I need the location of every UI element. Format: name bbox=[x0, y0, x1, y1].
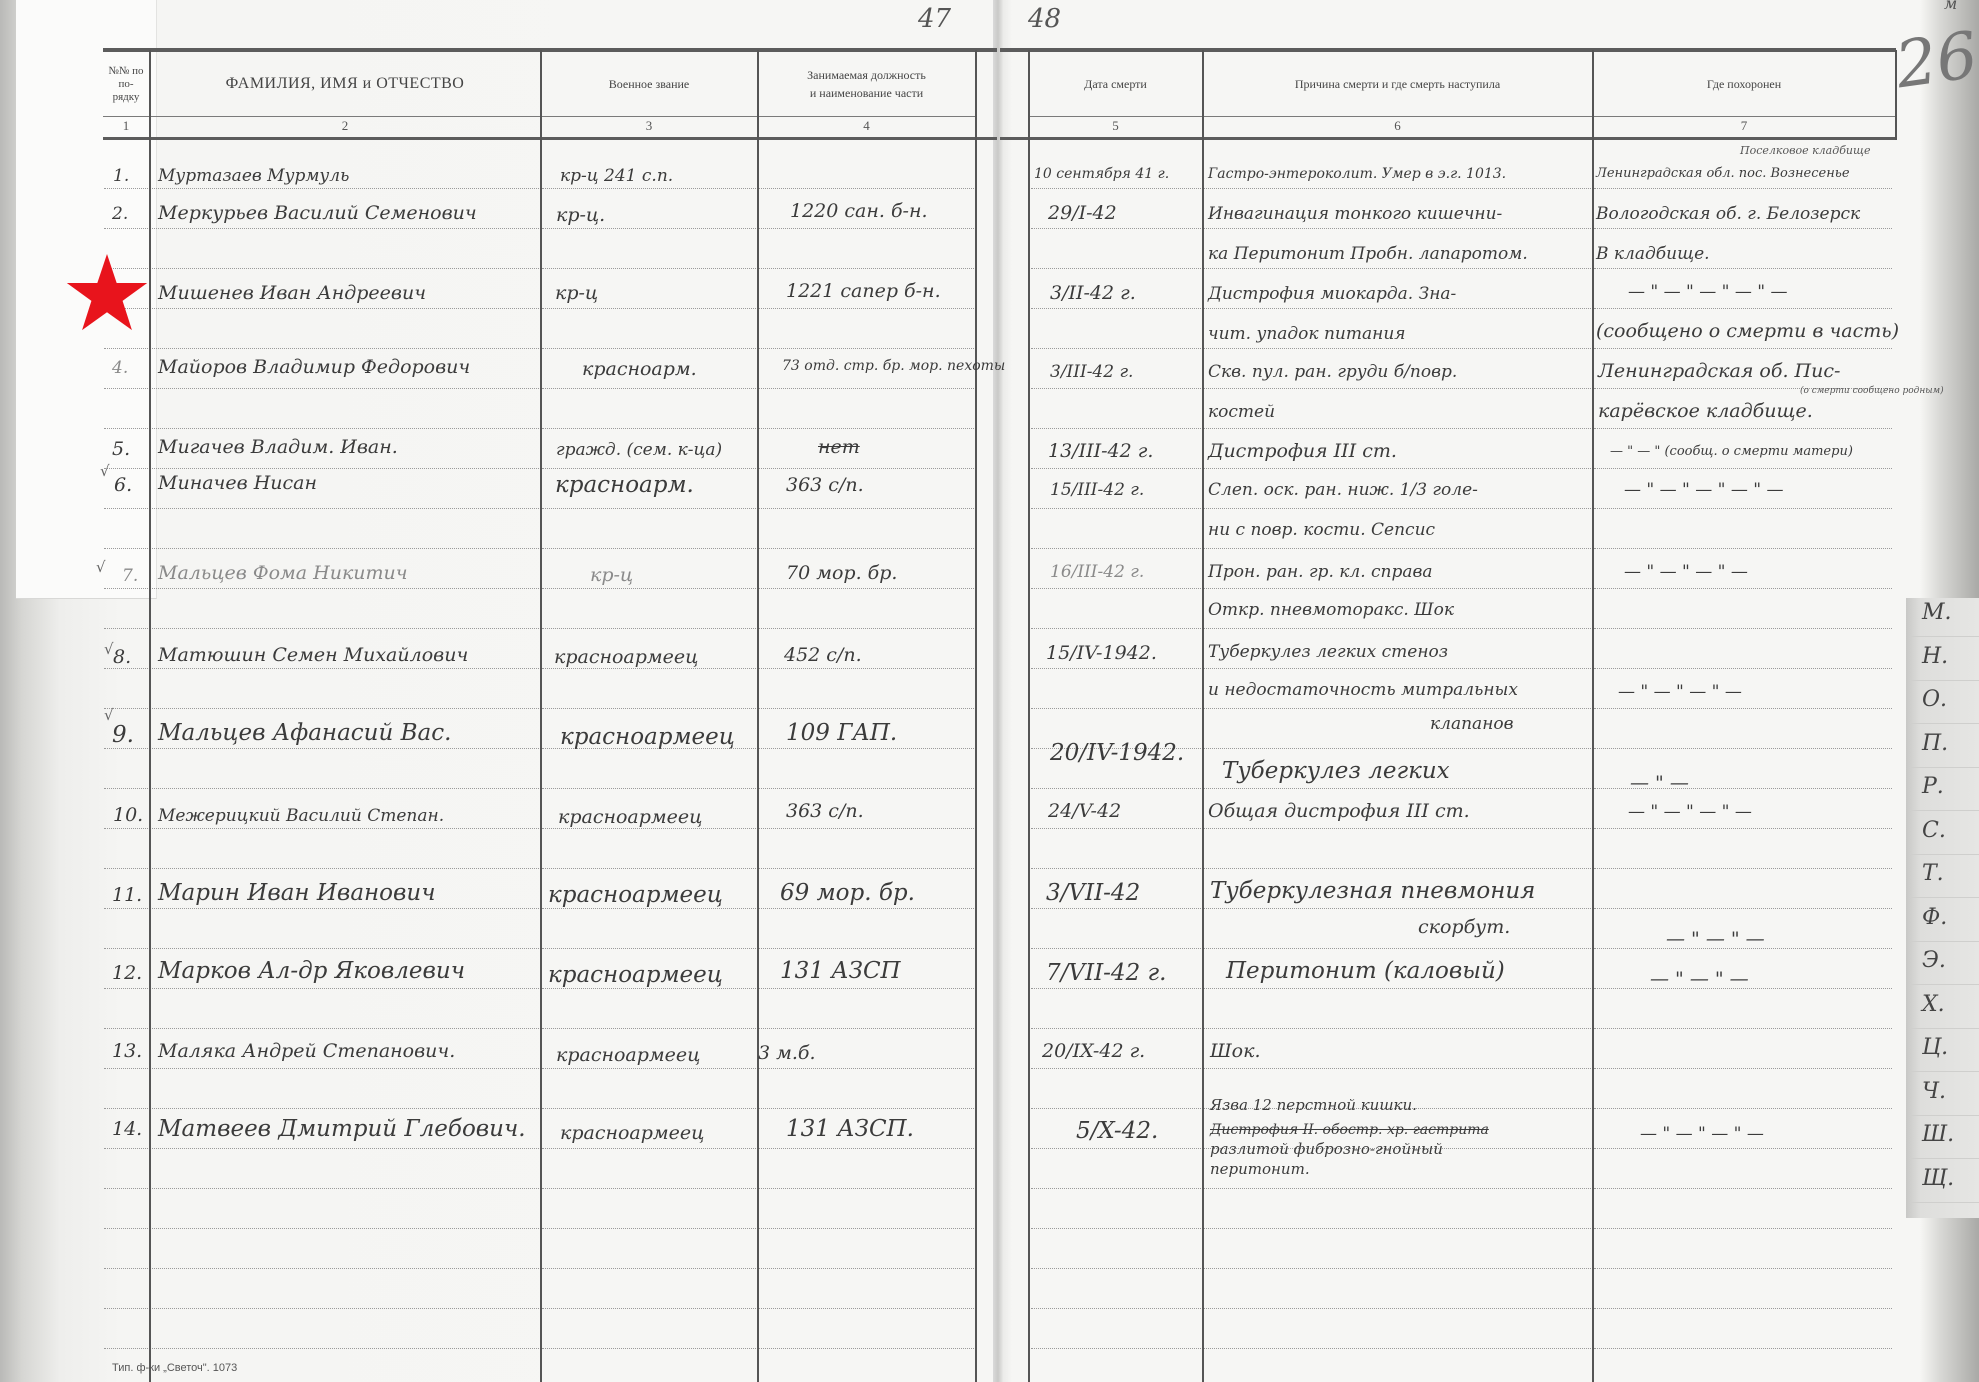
row-7-cause-1: Прон. ран. гр. кл. справа bbox=[1208, 562, 1433, 582]
ruled-line bbox=[152, 1188, 539, 1189]
ruled-line bbox=[1031, 588, 1201, 589]
ruled-line bbox=[542, 1228, 756, 1229]
ruled-line bbox=[1594, 908, 1892, 909]
row-6-rank: красноарм. bbox=[555, 472, 694, 498]
row-11-date: 3/VII-42 bbox=[1046, 880, 1140, 906]
ruled-line bbox=[1031, 628, 1201, 629]
ruled-line bbox=[152, 1308, 539, 1309]
ruled-line bbox=[104, 1228, 148, 1229]
row-9-name: Мальцев Афанасий Вас. bbox=[158, 720, 451, 746]
ruled-line bbox=[542, 188, 756, 189]
ruled-line bbox=[104, 828, 148, 829]
row-8-number: 8. bbox=[113, 646, 131, 668]
ruled-line bbox=[104, 388, 148, 389]
ruled-line bbox=[152, 588, 539, 589]
row-12-rank: красноармеец bbox=[548, 962, 723, 988]
ruled-line bbox=[104, 1148, 148, 1149]
ruled-line bbox=[542, 1348, 756, 1349]
row-12-unit: 131 АЗСП bbox=[780, 958, 901, 984]
ruled-line bbox=[1594, 828, 1892, 829]
index-tab-letter[interactable]: Ч. bbox=[1922, 1079, 1946, 1104]
col-divider-7 bbox=[1592, 50, 1594, 1382]
row-11-burial: — " — " — bbox=[1666, 928, 1765, 950]
colnum-4: 4 bbox=[759, 118, 974, 138]
ruled-line bbox=[152, 1228, 539, 1229]
header-col-number: №№ по по- рядку bbox=[104, 52, 148, 116]
row-3-cause-2: чит. упадок питания bbox=[1208, 324, 1406, 344]
row-7-name: Мальцев Фома Никитич bbox=[158, 562, 408, 584]
corner-mark: м bbox=[1944, 0, 1957, 13]
header-col-cause: Причина смерти и где смерть наступила bbox=[1204, 52, 1591, 116]
ruled-line bbox=[152, 668, 539, 669]
row-14-burial: — " — " — " — bbox=[1640, 1124, 1764, 1144]
row-12-cause: Перитонит (каловый) bbox=[1226, 958, 1505, 984]
row-3-date: 3/II-42 г. bbox=[1050, 282, 1136, 304]
ruled-line bbox=[152, 388, 539, 389]
ruled-line bbox=[1204, 668, 1591, 669]
row-9-number: 9. bbox=[112, 722, 134, 748]
ruled-line bbox=[1594, 268, 1892, 269]
row-5-name: Мигачев Владим. Иван. bbox=[158, 436, 398, 458]
row-10-unit: 363 с/п. bbox=[786, 800, 864, 822]
ruled-line bbox=[152, 988, 539, 989]
ruled-line bbox=[1204, 348, 1591, 349]
ruled-line bbox=[1031, 428, 1201, 429]
ruled-line bbox=[542, 388, 756, 389]
colnum-7: 7 bbox=[1594, 118, 1894, 138]
sheet-number: 26 bbox=[1891, 19, 1979, 104]
row-11-number: 11. bbox=[112, 884, 142, 906]
row-7-date: 16/III-42 г. bbox=[1050, 562, 1144, 582]
row-6-checkmark: √ bbox=[100, 462, 110, 480]
ruled-line bbox=[152, 1268, 539, 1269]
ruled-line bbox=[759, 428, 974, 429]
ruled-line bbox=[759, 628, 974, 629]
ruled-line bbox=[152, 468, 539, 469]
col-divider-4 bbox=[975, 50, 977, 1382]
row-14-cause-4: перитонит. bbox=[1210, 1160, 1310, 1178]
folio-left: 47 bbox=[918, 4, 951, 34]
ruled-line bbox=[1594, 628, 1892, 629]
row-2-date: 29/I-42 bbox=[1048, 202, 1117, 224]
row-5-number: 5. bbox=[112, 438, 130, 460]
ruled-line bbox=[542, 828, 756, 829]
index-tab-separator bbox=[1910, 941, 1979, 942]
red-star-icon bbox=[66, 254, 148, 332]
row-4-number: 4. bbox=[112, 358, 128, 378]
row-4-cause-1: Скв. пул. ран. груди б/повр. bbox=[1208, 362, 1457, 382]
ruled-line bbox=[542, 548, 756, 549]
ruled-line bbox=[759, 1308, 974, 1309]
ruled-line bbox=[542, 1308, 756, 1309]
row-12-number: 12. bbox=[112, 962, 142, 984]
index-tab-letter[interactable]: С. bbox=[1922, 818, 1946, 843]
ruled-line bbox=[1594, 1028, 1892, 1029]
ruled-line bbox=[152, 1068, 539, 1069]
ruled-line bbox=[152, 788, 539, 789]
row-4-unit: 73 отд. стр. бр. мор. пехоты bbox=[782, 358, 1005, 374]
ruled-line bbox=[542, 908, 756, 909]
book-gutter bbox=[993, 0, 1003, 1382]
colnum-1: 1 bbox=[104, 118, 148, 138]
ruled-line bbox=[1031, 1108, 1201, 1109]
row-3-rank: кр-ц bbox=[555, 282, 598, 304]
ruled-line bbox=[104, 228, 148, 229]
row-6-burial: — " — " — " — " — bbox=[1624, 480, 1784, 500]
row-13-rank: красноармеец bbox=[556, 1044, 700, 1066]
ruled-line bbox=[104, 1308, 148, 1309]
ruled-line bbox=[1204, 388, 1591, 389]
ruled-line bbox=[542, 1188, 756, 1189]
row-14-name: Матвеев Дмитрий Глебович. bbox=[158, 1116, 526, 1142]
col-divider-1 bbox=[149, 50, 151, 1382]
row-13-number: 13. bbox=[112, 1040, 142, 1062]
row-8-unit: 452 с/п. bbox=[784, 644, 862, 666]
header-col-date: Дата смерти bbox=[1030, 52, 1201, 116]
row-2-cause-2: ка Перитонит Пробн. лапаротом. bbox=[1208, 244, 1528, 264]
row-3-burial-2: (сообщено о смерти в часть) bbox=[1596, 320, 1899, 342]
ruled-line bbox=[759, 228, 974, 229]
ruled-line bbox=[1594, 228, 1892, 229]
col-divider-6 bbox=[1202, 50, 1204, 1382]
row-4-rank: красноарм. bbox=[582, 358, 697, 380]
ruled-line bbox=[152, 548, 539, 549]
ruled-line bbox=[759, 1348, 974, 1349]
ruled-line bbox=[542, 1268, 756, 1269]
row-14-cause-1: Язва 12 перстной кишки. bbox=[1210, 1096, 1417, 1114]
row-3-cause-1: Дистрофия миокарда. Зна- bbox=[1208, 284, 1456, 304]
ruled-line bbox=[104, 668, 148, 669]
ruled-line bbox=[542, 708, 756, 709]
ruled-line bbox=[1031, 508, 1201, 509]
index-tab-separator bbox=[1910, 636, 1979, 637]
ruled-line bbox=[1204, 948, 1591, 949]
colnum-5: 5 bbox=[1030, 118, 1201, 138]
ruled-line bbox=[1594, 1268, 1892, 1269]
ruled-line bbox=[152, 268, 539, 269]
ruled-line bbox=[1031, 1028, 1201, 1029]
ruled-line bbox=[759, 1028, 974, 1029]
row-6-cause-1: Слеп. оск. ран. ниж. 1/3 голе- bbox=[1208, 480, 1478, 500]
ruled-line bbox=[759, 548, 974, 549]
ruled-line bbox=[1594, 1228, 1892, 1229]
col-divider-8 bbox=[1895, 50, 1897, 140]
ruled-line bbox=[542, 868, 756, 869]
ruled-line bbox=[759, 828, 974, 829]
row-1-burial-note: Поселковое кладбище bbox=[1740, 144, 1871, 157]
row-8-cause-2: и недостаточность митральных bbox=[1208, 680, 1518, 700]
ruled-line bbox=[542, 668, 756, 669]
ruled-line bbox=[1031, 988, 1201, 989]
ruled-line bbox=[104, 868, 148, 869]
index-tab-separator bbox=[1910, 1071, 1979, 1072]
ruled-line bbox=[542, 988, 756, 989]
ruled-line bbox=[1594, 348, 1892, 349]
ruled-line bbox=[759, 348, 974, 349]
row-9-unit: 109 ГАП. bbox=[786, 720, 897, 746]
col-divider-3 bbox=[757, 50, 759, 1382]
row-13-cause: Шок. bbox=[1210, 1040, 1261, 1062]
ruled-line bbox=[759, 188, 974, 189]
row-11-cause-1: Туберкулезная пневмония bbox=[1210, 878, 1535, 904]
ruled-line bbox=[1594, 1108, 1892, 1109]
ruled-line bbox=[759, 1228, 974, 1229]
ruled-line bbox=[1031, 1148, 1201, 1149]
row-14-unit: 131 АЗСП. bbox=[786, 1116, 914, 1142]
row-1-cause: Гастро-энтероколит. Умер в э.г. 1013. bbox=[1208, 166, 1506, 182]
row-14-cause-3: разлитой фиброзно-гнойный bbox=[1210, 1140, 1443, 1158]
row-5-rank: гражд. (сем. к-ца) bbox=[556, 440, 722, 460]
ruled-line bbox=[542, 428, 756, 429]
index-tab-separator bbox=[1910, 854, 1979, 855]
row-6-cause-2: ни с повр. кости. Сепсис bbox=[1208, 520, 1435, 540]
ruled-line bbox=[1594, 1068, 1892, 1069]
ruled-line bbox=[759, 388, 974, 389]
ruled-line bbox=[1204, 308, 1591, 309]
row-12-name: Марков Ал-др Яковлевич bbox=[158, 958, 465, 984]
row-11-name: Марин Иван Иванович bbox=[158, 880, 436, 906]
ruled-line bbox=[1204, 1348, 1591, 1349]
ruled-line bbox=[152, 1148, 539, 1149]
row-13-unit: 3 м.б. bbox=[758, 1042, 816, 1064]
ruled-line bbox=[152, 188, 539, 189]
ruled-line bbox=[104, 948, 148, 949]
ruled-line bbox=[1031, 788, 1201, 789]
row-5-date: 13/III-42 г. bbox=[1048, 440, 1153, 462]
index-tab-letter[interactable]: Т. bbox=[1922, 861, 1944, 886]
ruled-line bbox=[759, 1268, 974, 1269]
ruled-line bbox=[1204, 588, 1591, 589]
ruled-line bbox=[104, 468, 148, 469]
row-8-rank: красноармеец bbox=[554, 646, 698, 668]
index-tab-letter[interactable]: Ф. bbox=[1922, 905, 1947, 930]
row-11-cause-2: скорбут. bbox=[1418, 916, 1510, 938]
ruled-line bbox=[1594, 468, 1892, 469]
ruled-line bbox=[759, 748, 974, 749]
ruled-line bbox=[1204, 1028, 1591, 1029]
ruled-line bbox=[1204, 508, 1591, 509]
index-tab-letter[interactable]: О. bbox=[1922, 687, 1947, 712]
ruled-line bbox=[1594, 1348, 1892, 1349]
header-col-name: ФАМИЛИЯ, ИМЯ и ОТЧЕСТВО bbox=[151, 52, 539, 116]
ruled-line bbox=[759, 508, 974, 509]
row-4-burial-1: Ленинградская об. Пис- bbox=[1598, 360, 1840, 382]
row-2-burial-1: Вологодская об. г. Белозерск bbox=[1596, 204, 1860, 224]
ruled-line bbox=[104, 548, 148, 549]
ruled-line bbox=[152, 1028, 539, 1029]
row-10-number: 10. bbox=[113, 804, 143, 826]
ruled-line bbox=[1031, 708, 1201, 709]
ruled-line bbox=[1031, 548, 1201, 549]
row-10-rank: красноармеец bbox=[558, 806, 702, 828]
index-tab-letter[interactable]: Ш. bbox=[1922, 1122, 1954, 1147]
ruled-line bbox=[759, 1148, 974, 1149]
ruled-line bbox=[104, 988, 148, 989]
ruled-line bbox=[152, 228, 539, 229]
ruled-line bbox=[542, 1148, 756, 1149]
ruled-line bbox=[152, 508, 539, 509]
row-7-cause-2: Откр. пневмоторакс. Шок bbox=[1208, 600, 1454, 620]
ruled-line bbox=[759, 468, 974, 469]
row-12-date: 7/VII-42 г. bbox=[1046, 960, 1166, 986]
row-2-number: 2. bbox=[112, 204, 128, 224]
ruled-line bbox=[1031, 188, 1201, 189]
header-col-burial: Где похоронен bbox=[1594, 52, 1894, 116]
ruled-line bbox=[759, 1188, 974, 1189]
index-tab-letter[interactable]: Ц. bbox=[1922, 1035, 1948, 1060]
ruled-line bbox=[1204, 828, 1591, 829]
ruled-line bbox=[759, 708, 974, 709]
row-10-name: Межерицкий Василий Степан. bbox=[158, 806, 444, 826]
index-tab-letter[interactable]: П. bbox=[1922, 731, 1948, 756]
row-1-number: 1. bbox=[113, 166, 129, 186]
ruled-line bbox=[759, 308, 974, 309]
ruled-line bbox=[1594, 188, 1892, 189]
index-tab-letter[interactable]: Щ. bbox=[1922, 1166, 1954, 1191]
index-tab-letter[interactable]: Н. bbox=[1922, 644, 1948, 669]
ruled-line bbox=[104, 788, 148, 789]
ruled-line bbox=[1594, 508, 1892, 509]
ruled-line bbox=[104, 1188, 148, 1189]
row-4-cause-2: костей bbox=[1208, 402, 1275, 422]
ruled-line bbox=[1031, 1228, 1201, 1229]
ruled-line bbox=[152, 868, 539, 869]
index-tab-separator bbox=[1910, 723, 1979, 724]
ruled-line bbox=[542, 228, 756, 229]
index-tab-letter[interactable]: Х. bbox=[1922, 992, 1945, 1017]
ruled-line bbox=[104, 628, 148, 629]
row-4-date: 3/III-42 г. bbox=[1050, 362, 1133, 382]
ruled-line bbox=[542, 628, 756, 629]
ruled-line bbox=[1204, 468, 1591, 469]
ruled-line bbox=[1031, 468, 1201, 469]
folio-right: 48 bbox=[1028, 4, 1061, 34]
row-14-rank: красноармеец bbox=[560, 1122, 704, 1144]
ruled-line bbox=[759, 868, 974, 869]
row-11-unit: 69 мор. бр. bbox=[780, 880, 915, 906]
ruled-line bbox=[1204, 868, 1591, 869]
row-14-number: 14. bbox=[112, 1118, 142, 1140]
row-5-unit: нет bbox=[818, 436, 860, 458]
ruled-line bbox=[1031, 1068, 1201, 1069]
ruled-line bbox=[1204, 428, 1591, 429]
index-tab-letter[interactable]: Э. bbox=[1922, 948, 1946, 973]
row-13-name: Маляка Андрей Степанович. bbox=[158, 1040, 455, 1062]
ruled-line bbox=[104, 1348, 148, 1349]
ruled-line bbox=[1594, 588, 1892, 589]
ruled-line bbox=[542, 1068, 756, 1069]
row-7-burial: — " — " — " — bbox=[1624, 562, 1748, 582]
row-5-cause: Дистрофия III ст. bbox=[1208, 440, 1397, 462]
row-6-name: Миначев Нисан bbox=[158, 472, 317, 494]
ruled-line bbox=[1594, 868, 1892, 869]
ruled-line bbox=[152, 908, 539, 909]
ruled-line bbox=[1594, 428, 1892, 429]
ruled-line bbox=[1031, 1348, 1201, 1349]
colnum-2: 2 bbox=[151, 118, 539, 138]
row-4-burial-note: (о смерти сообщено родным) bbox=[1800, 386, 1944, 396]
ruled-line bbox=[542, 1028, 756, 1029]
ruled-line bbox=[1204, 228, 1591, 229]
ruled-line bbox=[104, 748, 148, 749]
ruled-line bbox=[1031, 828, 1201, 829]
ruled-line bbox=[542, 348, 756, 349]
colnum-3: 3 bbox=[542, 118, 756, 138]
ruled-line bbox=[1594, 748, 1892, 749]
ruled-line bbox=[152, 748, 539, 749]
ruled-line bbox=[759, 948, 974, 949]
row-9-date: 20/IV-1942. bbox=[1050, 740, 1184, 766]
ruled-line bbox=[759, 788, 974, 789]
index-tab-letter[interactable]: М. bbox=[1922, 600, 1952, 625]
ruled-line bbox=[1594, 548, 1892, 549]
ruled-line bbox=[1204, 268, 1591, 269]
ruled-line bbox=[104, 428, 148, 429]
header-col-unit-line1: Занимаемая должность bbox=[807, 66, 926, 84]
row-4-name: Майоров Владимир Федорович bbox=[158, 356, 470, 378]
header-col-unit-line2: и наименование части bbox=[810, 84, 923, 102]
ruled-line bbox=[152, 308, 539, 309]
col-divider-5 bbox=[1028, 50, 1030, 1382]
row-3-burial-1: — " — " — " — " — bbox=[1628, 282, 1788, 302]
row-1-rank: кр-ц 241 с.п. bbox=[560, 166, 673, 186]
ruled-line bbox=[1204, 748, 1591, 749]
index-tab-separator bbox=[1910, 1158, 1979, 1159]
ruled-line bbox=[104, 348, 148, 349]
row-7-unit: 70 мор. бр. bbox=[786, 562, 897, 584]
index-tab-separator bbox=[1910, 984, 1979, 985]
ruled-line bbox=[1204, 548, 1591, 549]
row-12-burial: — " — " — bbox=[1650, 968, 1749, 990]
ruled-line bbox=[1031, 348, 1201, 349]
ruled-line bbox=[759, 988, 974, 989]
row-2-burial-2: В кладбище. bbox=[1596, 244, 1710, 264]
header-col-rank: Военное звание bbox=[542, 52, 756, 116]
row-4-burial-2: карёвское кладбище. bbox=[1598, 400, 1813, 422]
row-8-burial: — " — " — " — bbox=[1618, 682, 1742, 702]
row-10-cause: Общая дистрофия III ст. bbox=[1208, 800, 1470, 822]
ruled-line bbox=[1204, 1068, 1591, 1069]
ruled-line bbox=[1594, 668, 1892, 669]
row-14-cause-2: Дистрофия II. обостр. хр. гастрита bbox=[1210, 1122, 1489, 1138]
row-8-name: Матюшин Семен Михайлович bbox=[158, 644, 468, 666]
ruled-line bbox=[1031, 268, 1201, 269]
ruled-line bbox=[1031, 388, 1201, 389]
ruled-line bbox=[1204, 708, 1591, 709]
ruled-line bbox=[1031, 228, 1201, 229]
row-3-unit: 1221 сапер б-н. bbox=[786, 280, 941, 302]
row-9-rank: красноармеец bbox=[560, 724, 735, 750]
ruled-line bbox=[152, 948, 539, 949]
ruled-line bbox=[1031, 868, 1201, 869]
ruled-line bbox=[104, 588, 148, 589]
ruled-line bbox=[759, 1108, 974, 1109]
ruled-line bbox=[542, 308, 756, 309]
ruled-line bbox=[152, 1108, 539, 1109]
ruled-line bbox=[1204, 788, 1591, 789]
ruled-line bbox=[1594, 1188, 1892, 1189]
index-tab-separator bbox=[1910, 1202, 1979, 1203]
index-tab-letter[interactable]: Р. bbox=[1922, 774, 1944, 799]
ruled-line bbox=[1031, 1268, 1201, 1269]
ruled-line bbox=[542, 468, 756, 469]
ruled-line bbox=[104, 188, 148, 189]
row-7-number: 7. bbox=[122, 566, 138, 586]
row-9-burial: — " — bbox=[1630, 772, 1689, 794]
index-tab-separator bbox=[1910, 810, 1979, 811]
ruled-line bbox=[104, 1028, 148, 1029]
row-10-date: 24/V-42 bbox=[1048, 800, 1121, 822]
